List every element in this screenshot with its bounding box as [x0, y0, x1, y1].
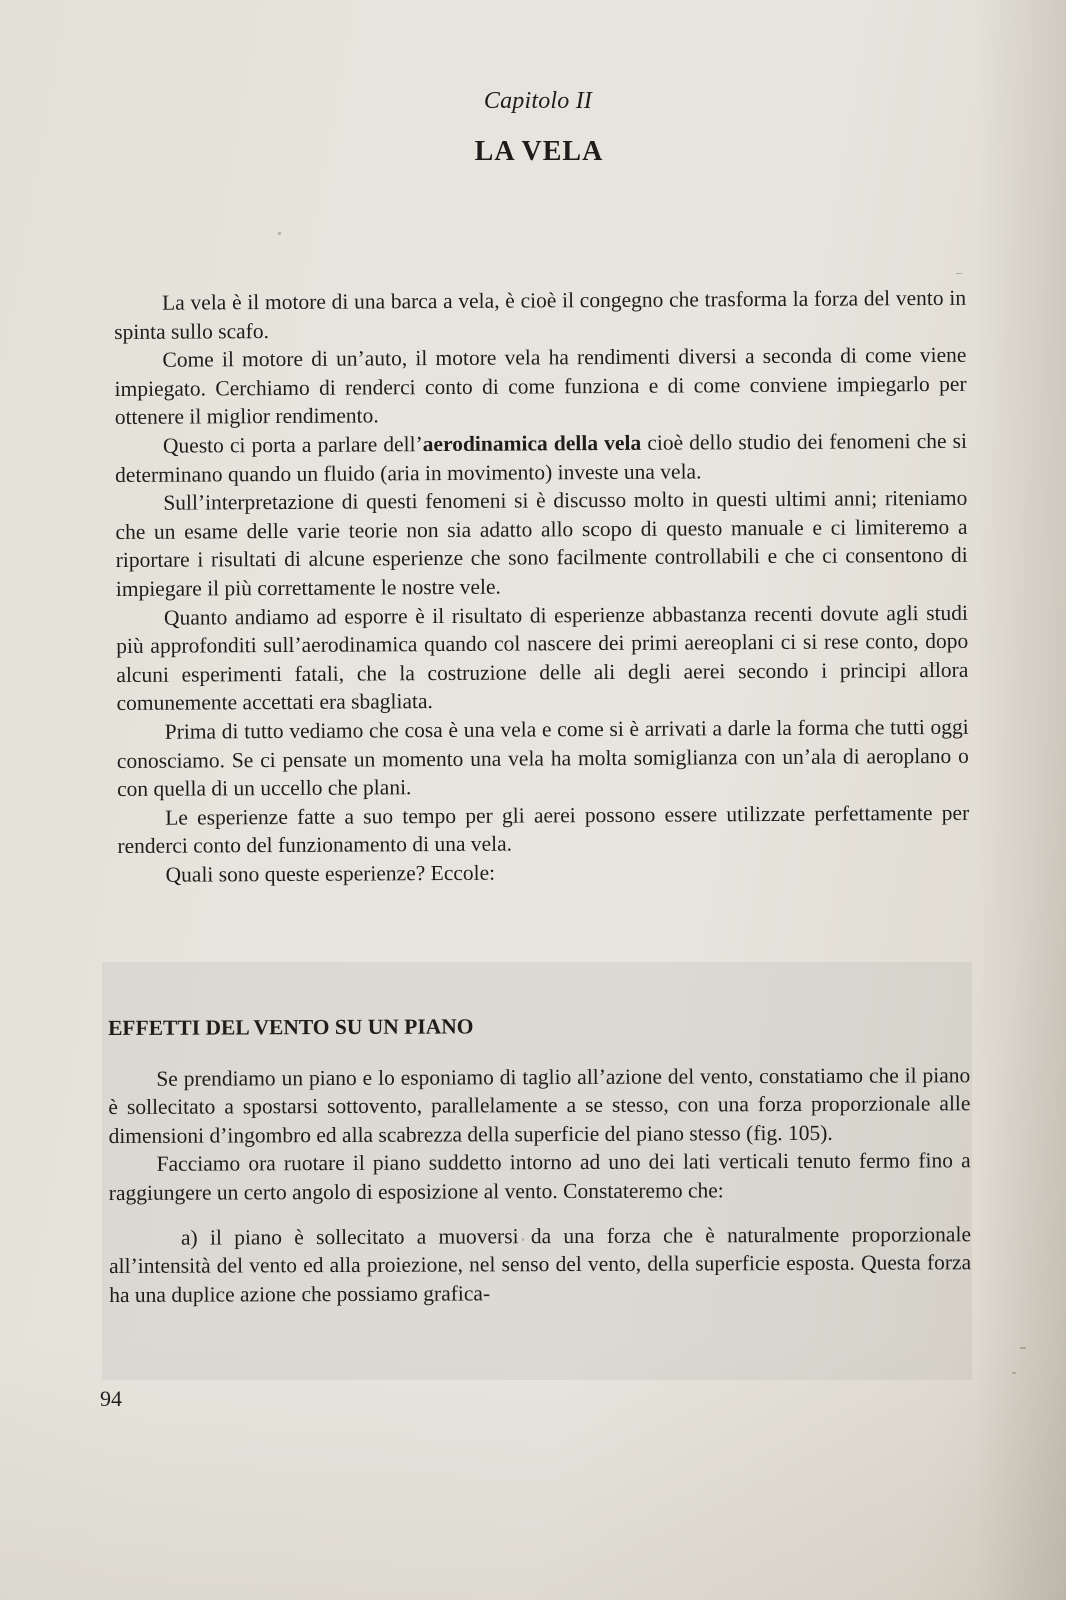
paragraph: Se prendiamo un piano e lo esponiamo di … — [108, 1061, 970, 1151]
paragraph: Quanto andiamo ad esporre è il risultato… — [116, 598, 969, 718]
paragraph: Quali sono queste esperienze? Eccole: — [117, 856, 969, 890]
paragraph: Come il motore di un’auto, il motore vel… — [114, 341, 967, 432]
intro-text-block: La vela è il motore di una barca a vela,… — [114, 284, 970, 890]
paragraph: Facciamo ora ruotare il piano suddetto i… — [109, 1147, 971, 1208]
paragraph: Le esperienze fatte a suo tempo per gli … — [117, 798, 969, 860]
section-text-block: EFFETTI DEL VENTO SU UN PIANO Se prendia… — [108, 1010, 971, 1309]
section-heading: EFFETTI DEL VENTO SU UN PIANO — [108, 1010, 970, 1042]
bold-term: aerodinamica della vela — [423, 431, 642, 456]
chapter-title: LA VELA — [0, 136, 1066, 168]
paragraph: Prima di tutto vediamo che cosa è una ve… — [117, 713, 970, 804]
paragraph: Sull’interpretazione di questi fenomeni … — [115, 484, 968, 604]
page-edge-shadow — [976, 0, 1066, 1600]
list-item: a) il piano è sollecitato a muoversi da … — [109, 1220, 971, 1310]
page-number: 94 — [100, 1386, 122, 1412]
paragraph-text: Questo ci porta a parlare dell’ — [163, 432, 423, 458]
book-page: Capitolo II LA VELA La vela è il motore … — [0, 0, 1066, 1600]
chapter-label: Capitolo II — [0, 88, 1066, 115]
paragraph: Questo ci porta a parlare dell’aerodinam… — [115, 427, 967, 489]
paragraph: La vela è il motore di una barca a vela,… — [114, 284, 966, 346]
